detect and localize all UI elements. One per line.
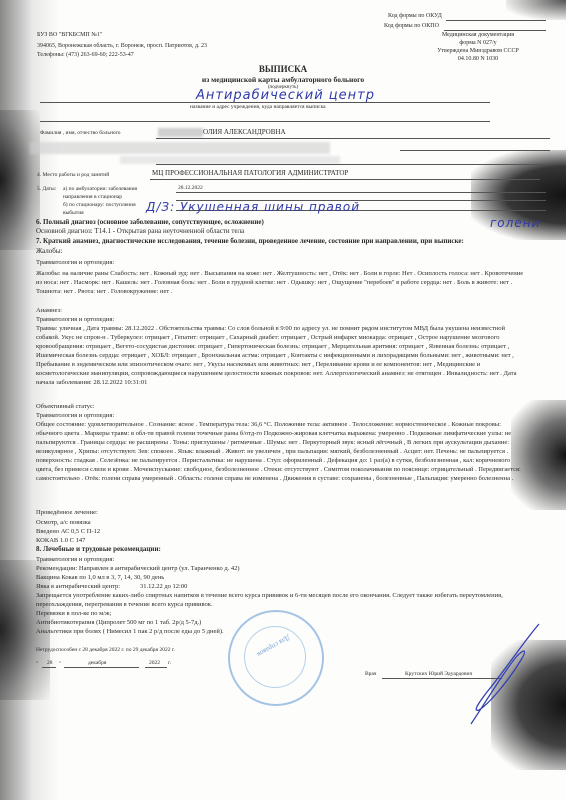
patient-name-line <box>156 138 550 139</box>
scan-shadow-top-right <box>506 0 566 20</box>
patient-name-value: ОЛИЯ АЛЕКСАНДРОВНА <box>203 128 286 137</box>
doc-type-line4: 04.10.80 N 1030 <box>418 55 538 63</box>
dates-b-line2: выбытия <box>63 209 84 217</box>
redacted-address-line2 <box>120 156 340 164</box>
doc-type-line3: Утверждена Минздравом СССР <box>418 47 538 55</box>
recommendation-item-antibiotics: Антибиотикотерапия (Ципролет 500 мг по 1… <box>36 618 201 627</box>
complaints-dept: Травматология и ортопедия: <box>36 258 114 267</box>
date-of-illness-value: 28.12.2022 <box>178 184 203 192</box>
anamnesis-text: Травма: уличная , Дата травмы: 28.12.202… <box>36 324 524 387</box>
date-month-line <box>64 667 139 668</box>
date-day: 28 <box>47 659 53 667</box>
dates-label: 5. Даты: <box>37 185 56 193</box>
treatment-title: Проведённое лечение: <box>36 508 98 517</box>
doc-type-line1: Медицинская документация <box>418 31 538 39</box>
okud-line <box>446 20 546 21</box>
institution-phones: Телефоны: (473) 263-69-60; 222-53-47 <box>37 51 134 59</box>
treatment-item: КОКАВ 1.0 С 147 <box>36 536 85 545</box>
date-day-line <box>42 667 56 668</box>
anamnesis-dept: Травматология и ортопедия: <box>36 315 114 324</box>
okpo-label: Код формы по ОКПО <box>384 22 439 30</box>
complaints-title: Жалобы: <box>36 247 62 256</box>
workplace-value: МЦ ПРОФЕССИОНАЛЬНАЯ ПАТОЛОГИЯ АДМИНИСТРА… <box>152 169 348 178</box>
section8-heading: 8. Лечебные и трудовые рекомендации: <box>36 545 161 554</box>
status-text: Общее состояние: удовлетворительное . Со… <box>36 420 524 483</box>
dates-a-line1: а) по амбулатории: заболевания <box>63 185 137 193</box>
visit-value: 31.12.22 до 12:00 <box>140 582 187 591</box>
recommendation-item-dressings: Перевязки в пол-ке по м/ж; <box>36 609 111 618</box>
institution-name: БУЗ ВО "ВГКБСМП №1" <box>37 31 102 39</box>
redacted-surname <box>158 128 203 137</box>
date-year-suffix: г. <box>168 659 171 667</box>
patient-name-label: Фамилия , имя, отчество больного <box>40 129 121 137</box>
vaccine-schedule: Вакцина Кокав по 1,0 мл в 3, 7, 14, 30, … <box>36 573 164 582</box>
status-title: Объективный статус: <box>36 402 95 411</box>
doctor-signature <box>465 620 545 730</box>
doctor-label: Врач <box>365 670 376 678</box>
redacted-birthdate-address <box>30 142 330 154</box>
date-open-quote: " <box>36 660 38 668</box>
dates-a-line2: направления в стационар <box>63 193 122 201</box>
okud-label: Код формы по ОКУД <box>388 12 442 20</box>
main-diagnosis: Основной диагноз: Т14.1 - Открытая рана … <box>36 227 244 236</box>
treatment-item: Введено АС 0,5 С П-12 <box>36 527 100 536</box>
scan-shadow-left-top <box>0 110 40 250</box>
handwritten-diagnosis-line1: Д/З: Укушенная шины правой <box>146 200 360 214</box>
date-close-quote: " <box>59 660 61 668</box>
destination-caption: название и адрес учреждения, куда направ… <box>190 103 326 111</box>
status-dept: Травматология и ортопедия: <box>36 411 114 420</box>
doctor-name: Крутских Юрий Эдуардович <box>405 670 472 678</box>
dates-line-a <box>176 192 546 193</box>
separator-line-1 <box>40 121 490 122</box>
recommendation-text: Рекомендации: Направлен в антирабический… <box>36 564 240 573</box>
handwritten-diagnosis-line2: голени <box>490 216 540 230</box>
clinic-stamp: Для справок <box>228 610 324 706</box>
stamp-inner-ring <box>244 626 306 688</box>
warning-text: Запрещается употребление каких-либо спир… <box>36 591 524 609</box>
destination-handwritten: Антирабический центр <box>196 88 375 103</box>
section7-heading: 7. Краткий анамнез, диагностические иссл… <box>36 237 464 246</box>
date-month: декабря <box>88 659 106 667</box>
document-subtitle: из медицинской карты амбулаторного больн… <box>0 75 566 84</box>
dates-b-line1: б) по стационару: поступления <box>63 201 136 209</box>
address-line-right <box>400 150 550 151</box>
workplace-label: 4. Место работы и род занятий <box>37 171 109 179</box>
recommendation-item-analgesics: Анальгетики при болях ( Нимесил 1 пак 2 … <box>36 627 224 636</box>
section6-heading: 6. Полный диагноз (основное заболевание,… <box>36 218 264 227</box>
treatment-item: Осмотр, а/с повязка <box>36 518 91 527</box>
complaints-text: Жалобы: на наличие раны Слабость: нет . … <box>36 269 524 296</box>
workplace-line <box>150 179 540 180</box>
date-year: 2022 <box>149 659 160 667</box>
doc-type-line2: форма N 027/у <box>418 39 538 47</box>
visit-label: Явка в антирабический центр: <box>36 582 120 591</box>
disability-period: Нетрудоспособен с 28 декабря 2022 г. по … <box>36 646 175 654</box>
anamnesis-title: Анамнез: <box>36 306 62 315</box>
institution-address: 394065, Воронежская область, г. Воронеж,… <box>37 42 207 50</box>
address-line <box>156 164 550 165</box>
section8-dept: Травматология и ортопедия: <box>36 555 114 564</box>
date-year-line <box>145 667 167 668</box>
document-title: ВЫПИСКА <box>0 64 566 74</box>
